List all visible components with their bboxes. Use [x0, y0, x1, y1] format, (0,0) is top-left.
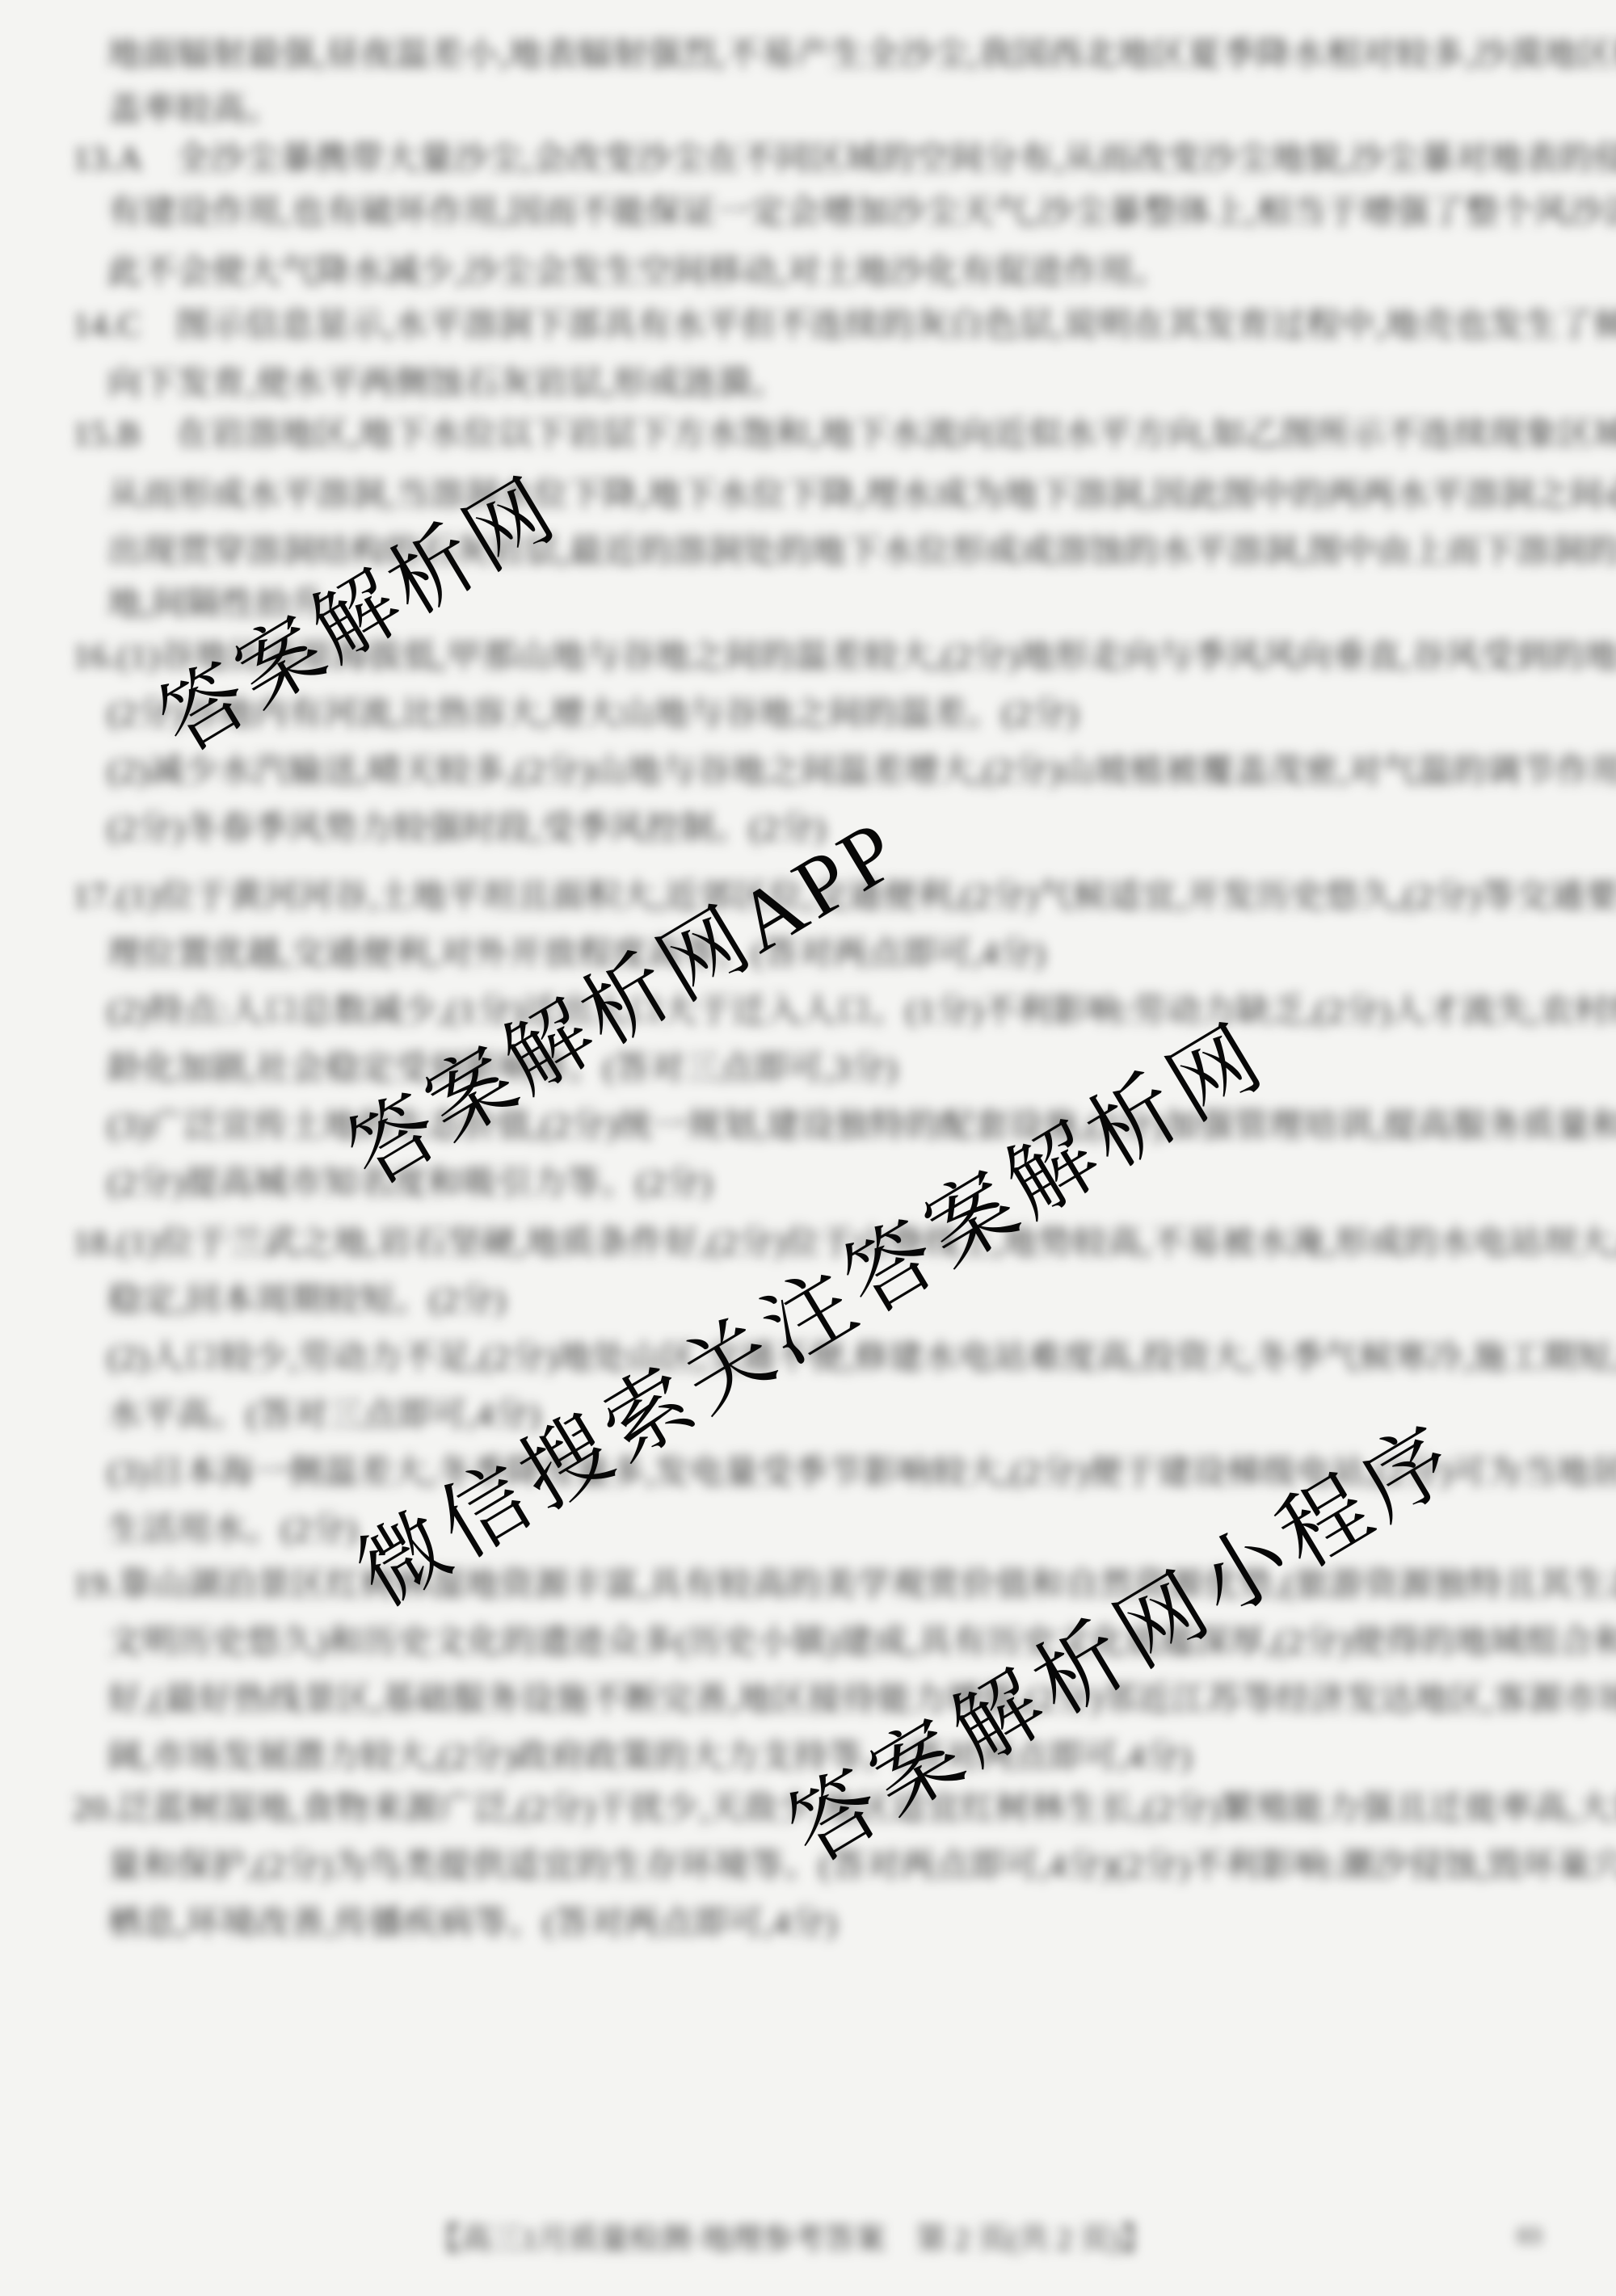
text-line: 阔,市场发展潜力较大,(2分)政府政策的大力支持等。(答对两点即可,4分)	[107, 1740, 1192, 1774]
text-line: 18.(1)位于兰武之地,岩石坚硬,地质条件好,(2分)位于山脊线上,地势较高,…	[73, 1226, 1616, 1260]
text-line: 文明历史悠久)和历史文化的遗迹众多(历史小镇)建成,具有历史文化底蕴深厚,(2分…	[107, 1625, 1616, 1659]
text-line: 理位置优越,交通便利,对外开放程度高等。(答对两点即可,4分)	[107, 937, 1046, 971]
text-line: 14.C 图示信息显示,水平溶洞下部具有水平但不连续的灰白色层,说明在其发育过程…	[73, 309, 1616, 343]
text-line: (3)广泛宣传土地的生态价值,(2分)统一规划,建设独特的配套设施,(2分)加强…	[107, 1109, 1616, 1143]
text-line: 从而形成水平溶洞,当溶洞水位下降,地下水位下降,埋水成为地下溶洞,因此图中的两两…	[107, 478, 1616, 512]
text-line: 生活用水。(2分)	[107, 1513, 358, 1547]
document-page: 地面辐射最强,昼夜温差小,地表辐射强烈,不易产生全沙尘,我国西北地区夏季降水相对…	[0, 0, 1616, 2296]
text-line: 16.(1)谷地比高原海拔低,甲那山地与谷地之间的温差较大,(2分)地形走向与季…	[73, 640, 1616, 674]
text-line: 13.A 全沙尘暴携带大量沙尘,会改变沙尘在不同区域的空间分布,从而改变沙尘地貌…	[73, 142, 1616, 176]
text-line: (2)减少水汽输送,晴天较多,(2分)山地与谷地之间温差增大,(2分)山坡植被覆…	[107, 755, 1616, 788]
text-line: 此不会使大气降水减少,沙尘会发生空间移动,对土地沙化有促进作用。	[107, 255, 1168, 289]
text-line: (2)人口较少,劳动力不足,(2分)地处山区,交通不便,修建水电站难度高,投资大…	[107, 1341, 1616, 1375]
text-line: 稳定,回本周期较短。(2分)	[107, 1284, 506, 1318]
page-number-mark: 03	[1517, 2224, 1542, 2248]
text-line: (3)日本海一侧温差大,冬季降雪量多,发电量受季节影响较大,(2分)便于建设梯级…	[107, 1456, 1616, 1490]
text-line: (2分)谷地内有河流,比热容大,增大山地与谷地之间的温差。(2分)	[107, 697, 1079, 731]
text-line: 地,间隔性抬升。	[107, 587, 360, 621]
text-line: 龄化加剧,社会稳定受到影响等。(答对三点即可,3分)	[107, 1052, 898, 1086]
text-line: (2)特点:人口总数减少,(1分)迁出人口大于迁入人口。(1分)不利影响:劳动力…	[107, 995, 1616, 1028]
text-line: 出现贯穿溶洞结构的石灰岩层,最近的溶洞处的地下水位形成或溶蚀的水平溶洞,图中由上…	[107, 535, 1616, 569]
text-line: 有建设作用,也有破坏作用,因而不能保证一定会增加沙尘天气,沙尘暴整体上,相当于增…	[107, 196, 1616, 229]
text-line: (2分)提高城市知名度和吸引力等。(2分)	[107, 1167, 713, 1201]
text-line: 15.B 在岩溶地区,地下水位以下岩层下方水饱和,地下水流向近似水平方向,如乙图…	[73, 418, 1616, 452]
text-line: (2分)冬春季风势力较强时段,受季风控制。(2分)	[107, 812, 826, 846]
text-line: 量和保护,(2分)为鸟类提供适宜的生存环境等。(答对两点即可,4分)(2分)不利…	[107, 1849, 1616, 1883]
text-line: 盖率较高。	[107, 93, 281, 127]
text-line: 栖息,环境改善,传播疾病等。(答对两点即可,4分)	[107, 1907, 837, 1941]
text-line: 水平高。(答对三点即可,4分)	[107, 1398, 541, 1432]
text-line: 向下发育,使水平两侧蚀石灰岩层,形成涟漪。	[107, 367, 786, 401]
text-line: 地面辐射最强,昼夜温差小,地表辐射强烈,不易产生全沙尘,我国西北地区夏季降水相对…	[107, 38, 1616, 72]
answer-text-layer: 地面辐射最强,昼夜温差小,地表辐射强烈,不易产生全沙尘,我国西北地区夏季降水相对…	[0, 0, 1616, 2296]
footer-caption: 【高三1月质量检测·地理参考答案 第 2 页(共 2 页)】	[430, 2224, 1151, 2255]
text-line: 好,(最好热线景区,基础服务设施不断完善,地区接待能力增强,(2分)邻近江苏等经…	[107, 1683, 1616, 1717]
text-line: 20.泛蓝树湿地,食物来源广泛,(2分)干扰少,天敌少,地区适宜红树林生长,(2…	[73, 1792, 1616, 1826]
text-line: 19.靠山湖泊景区红树林湿地资源丰富,具有较高的美学观赏价值和自然资源优势,(旅…	[73, 1568, 1616, 1602]
text-line: 17.(1)位于黄河河谷,土地平坦且面积大,近郊区位,交通便利,(2分)气候适宜…	[73, 880, 1616, 914]
